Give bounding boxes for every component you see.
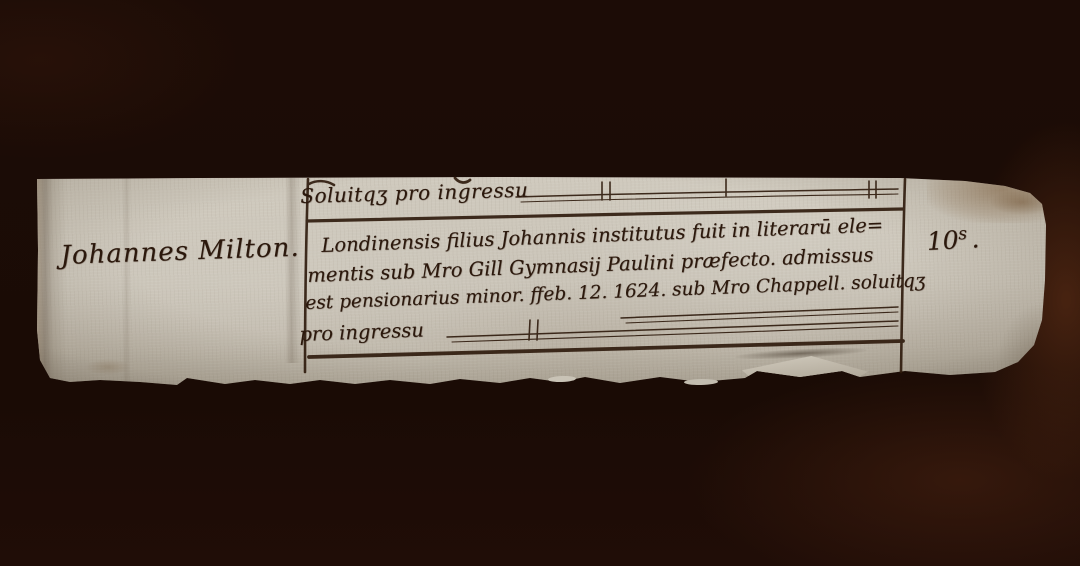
fee-unit-superscript: s [958, 224, 968, 244]
fee-amount: 10 [926, 225, 959, 256]
entry-body-line: pro ingressu [299, 318, 424, 346]
manuscript-photograph: Soluitqʒ pro ingressu Johannes Milton. L… [0, 0, 1080, 566]
flourish-rule-middle [621, 307, 898, 323]
entry-fee: 10s. [926, 223, 980, 256]
fee-punctuation: . [967, 224, 980, 254]
flourish-rule-lower [447, 320, 898, 342]
flourish-rule-upper [516, 179, 898, 202]
row-divider-bottom [309, 341, 903, 357]
